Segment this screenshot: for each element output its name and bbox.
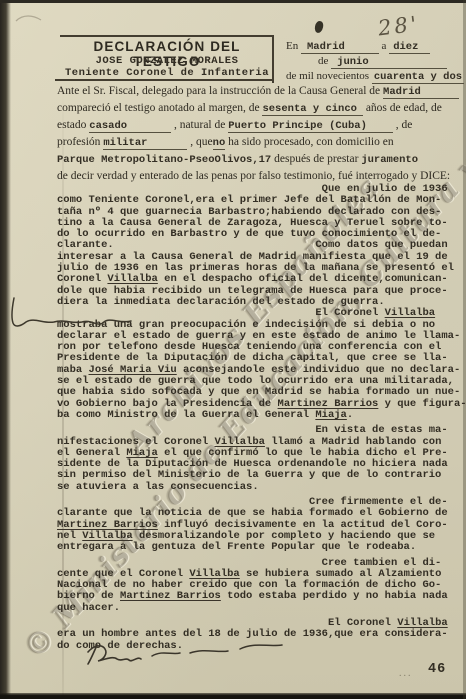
- form-printed-text: , que: [187, 136, 212, 148]
- form-printed-text: después de prestar: [271, 153, 361, 165]
- date-city: Madrid: [301, 41, 379, 54]
- scan-edge-bottom: [0, 693, 466, 699]
- form-fill-text: militar: [103, 137, 187, 150]
- typed-body: Que en julio de 1936como Teniente Corone…: [57, 184, 463, 652]
- form-printed-text: compareció el testigo anotado al margen,…: [57, 102, 262, 114]
- form-fill-text: Parque Metropolitano-PseoOlivos,17: [57, 154, 271, 166]
- title-divider-rule: [272, 35, 274, 83]
- page-number-dots: ...: [399, 668, 413, 679]
- form-printed-text: , natural de: [171, 119, 228, 131]
- ink-blot: [314, 20, 324, 33]
- date-day: diez: [389, 41, 430, 54]
- date-line-month: de junio: [318, 55, 447, 68]
- form-fill-text: Madrid: [383, 86, 459, 99]
- date-month: junio: [331, 56, 447, 69]
- form-fill-text: juramento: [361, 154, 418, 166]
- form-printed-text: estado: [57, 119, 89, 131]
- date-year-prefix: de mil novecientos: [286, 70, 369, 82]
- form-fill-text: Puerto Principe (Cuba): [228, 120, 393, 133]
- form-printed-text: ha sido procesado, con domicilio en: [225, 136, 393, 148]
- date-preposition: En: [286, 40, 298, 52]
- typed-line: entregara a la gentuza del Frente Popula…: [57, 542, 463, 553]
- date-connector: a: [382, 40, 387, 52]
- witness-name: JOSE GONZALEZ MORALES: [64, 55, 270, 67]
- witness-rank: Teniente Coronel de Infanteria: [64, 67, 270, 79]
- document-page: Archivos Españoles © Ministerio de Educa…: [0, 0, 466, 699]
- form-printed-text: Ante el Sr. Fiscal, delegado para la ins…: [57, 85, 383, 97]
- title-rule-bottom: [55, 79, 273, 81]
- date-of: de: [318, 55, 328, 67]
- form-fill-text: casado: [89, 120, 171, 133]
- form-fill-text: sesenta y cinco: [262, 103, 363, 116]
- form-printed-text: profesión: [57, 136, 103, 148]
- title-rule-top: [60, 35, 272, 37]
- pencil-scribble: [16, 16, 41, 21]
- form-printed-text: de decir verdad y enterado de las penas …: [57, 170, 450, 182]
- page-number: 46: [428, 662, 446, 677]
- typed-line: do como de derechas.: [57, 641, 463, 652]
- typed-line: ba como Ministro de la Guerra el General…: [57, 410, 463, 421]
- date-line-city-day: En Madrid a diez: [286, 40, 430, 53]
- form-printed-text: años de edad, de: [363, 102, 442, 114]
- form-paragraph: Ante el Sr. Fiscal, delegado para la ins…: [57, 83, 461, 184]
- date-line-year: de mil novecientos cuarenta y dos: [286, 70, 464, 83]
- form-fill-text: no: [213, 137, 226, 150]
- handwritten-corner-number: 28': [377, 12, 421, 41]
- form-printed-text: , de: [393, 119, 412, 131]
- typed-line: se atuviera a las consecuencias.: [57, 482, 463, 493]
- scan-edge-left: [0, 0, 11, 699]
- scan-edge-top: [0, 0, 466, 3]
- typed-line: que hacer.: [57, 603, 463, 614]
